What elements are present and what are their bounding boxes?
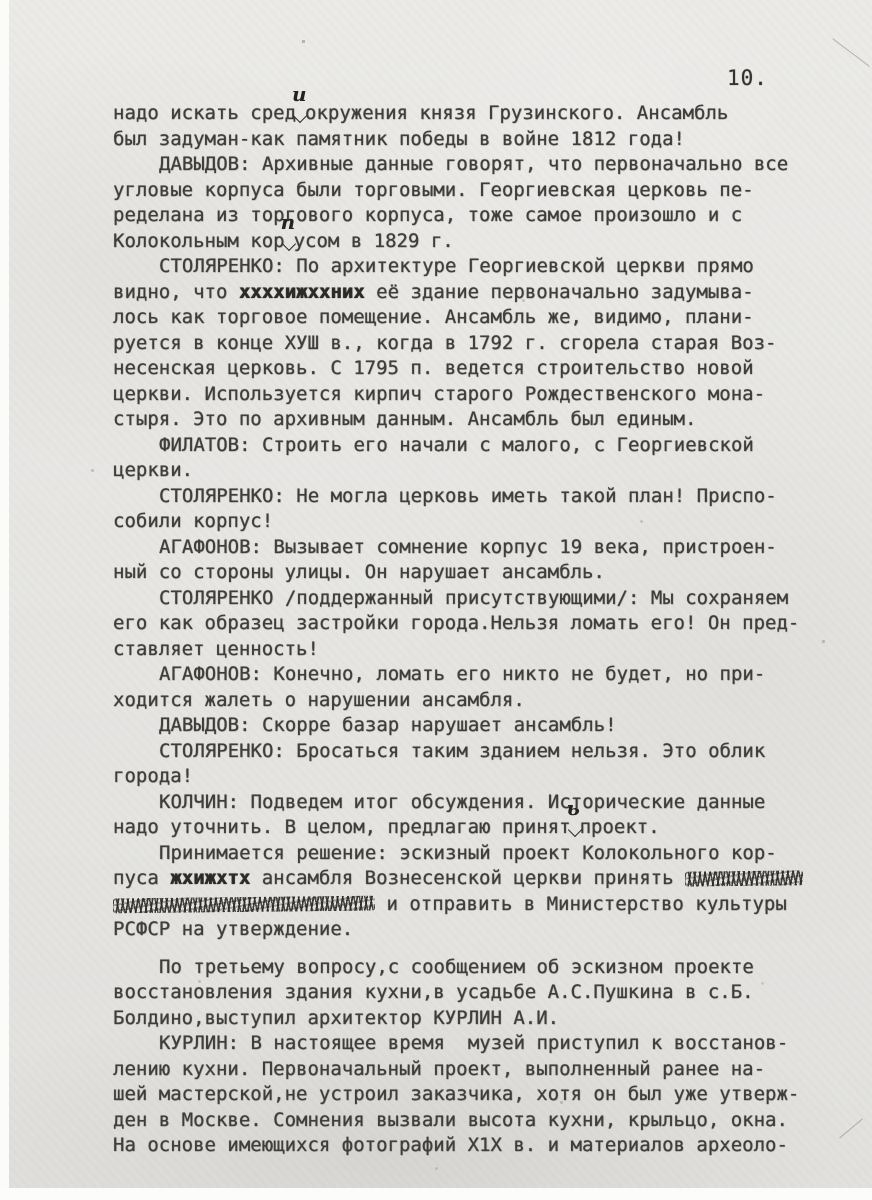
text-line: ДАВЫДОВ: Скорре базар нарушает ансамбль! (113, 713, 813, 739)
page-number: 10. (727, 66, 768, 90)
text-line: ден в Москве. Сомнения вызвали высота ку… (113, 1108, 813, 1134)
typed-text: КОЛЧИН: Подведем итог обсуждения. Истори… (159, 791, 765, 813)
text-line: надо искать средиокружения князя Грузинс… (113, 101, 813, 127)
typed-text: СТОЛЯРЕНКО: Не могла церковь иметь такой… (159, 485, 777, 507)
text-line: ДАВЫДОВ: Архивные данные говорят, что пе… (113, 152, 813, 178)
typed-text: несенская церковь. С 1795 п. ведется стр… (113, 357, 754, 379)
typed-text: КУРЛИН: В настоящее время музей приступи… (159, 1032, 788, 1054)
text-line: руется в конце ХУШ в., когда в 1792 г. с… (113, 331, 813, 357)
typed-text: ФИЛАТОВ: Строить его начали с малого, с … (159, 434, 754, 456)
typed-text: ДАВЫДОВ: Архивные данные говорят, что пе… (159, 153, 788, 175)
paper-crease-mark (832, 38, 869, 66)
ink-scribble-strikeout (113, 895, 375, 913)
typed-text: его как образец застройки города.Нельзя … (113, 612, 799, 634)
text-line: КОЛЧИН: Подведем итог обсуждения. Истори… (113, 790, 813, 816)
text-line: На основе имеющихся фотографий Х1Х в. и … (113, 1133, 813, 1159)
typed-text: видно, что (113, 281, 239, 303)
typed-text: города! (113, 765, 193, 787)
scan-edge-left (0, 0, 9, 1200)
typed-text: стыря. Это по архивным данным. Ансамбль … (113, 408, 696, 430)
typed-text: СТОЛЯРЕНКО /поддержанный присутствующими… (159, 587, 788, 609)
typed-text: ДАВЫДОВ: Скорре базар нарушает ансамбль! (159, 714, 617, 736)
text-line: несенская церковь. С 1795 п. ведется стр… (113, 356, 813, 382)
text-line: ный со стороны улицы. Он нарушает ансамб… (113, 560, 813, 586)
typewritten-text: надо искать средиокружения князя Грузинс… (113, 101, 813, 1159)
typed-text: По третьему вопросу,с сообщением об эски… (159, 956, 754, 978)
text-line: АГАФОНОВ: Вызывает сомнение корпус 19 ве… (113, 535, 813, 561)
typed-text: шей мастерской,не устроил заказчика, хот… (113, 1083, 799, 1105)
typed-text: был задуман-как памятник победы в войне … (113, 128, 685, 150)
text-line: ФИЛАТОВ: Строить его начали с малого, с … (113, 433, 813, 459)
typed-text: АГАФОНОВ: Вызывает сомнение корпус 19 ве… (159, 536, 777, 558)
text-line: РСФСР на утверждение. (113, 917, 813, 943)
text-line: города! (113, 764, 813, 790)
typed-text: церкви. (113, 459, 193, 481)
text-line: СТОЛЯРЕНКО: По архитектуре Георгиевской … (113, 254, 813, 280)
scanned-page: 10. надо искать средиокружения князя Гру… (0, 0, 872, 1200)
text-line: СТОЛЯРЕНКО /поддержанный присутствующими… (113, 586, 813, 612)
text-line: пуса жхижхтх ансамбля Вознесенской церкв… (113, 866, 813, 892)
typed-text: надо уточнить. В целом, предлагаю принят (113, 816, 571, 838)
typed-text: надо искать сред (113, 102, 296, 124)
typed-text: АГАФОНОВ: Конечно, ломать его никто не б… (159, 663, 765, 685)
typed-text: окружения князя Грузинского. Ансамбль (305, 102, 728, 124)
typed-text: её здание первоначально задумыва- (365, 281, 754, 303)
text-line: ходится жалеть о нарушении ансамбля. (113, 688, 813, 714)
typed-text: руется в конце ХУШ в., когда в 1792 г. с… (113, 332, 776, 354)
text-line: лению кухни. Первоначальный проект, выпо… (113, 1057, 813, 1083)
text-line: КУРЛИН: В настоящее время музей приступи… (113, 1031, 813, 1057)
typed-text: лось как торговое помещение. Ансамбль же… (113, 306, 754, 328)
typed-text: церкви. Используется кирпич старого Рожд… (113, 383, 765, 405)
text-line: По третьему вопросу,с сообщением об эски… (113, 955, 813, 981)
typed-text: лению кухни. Первоначальный проект, выпо… (113, 1058, 765, 1080)
typed-text: СТОЛЯРЕНКО: Бросаться таким зданием нель… (159, 740, 765, 762)
typed-text: ставляет ценность! (113, 638, 319, 660)
typed-text: РСФСР на утверждение. (113, 918, 353, 940)
typed-text: Колокольным кор (113, 230, 285, 252)
typed-text: собили корпус! (113, 510, 273, 532)
text-line: восстановления здания кухни,в усадьбе А.… (113, 980, 813, 1006)
typed-text: Болдино,выступил архитектор КУРЛИН А.И. (113, 1007, 559, 1029)
scan-edge-bottom (0, 1188, 872, 1200)
typed-text: СТОЛЯРЕНКО: По архитектуре Георгиевской … (159, 255, 754, 277)
text-line: собили корпус! (113, 509, 813, 535)
text-line: СТОЛЯРЕНКО: Не могла церковь иметь такой… (113, 484, 813, 510)
typed-text: усом в 1829 г. (294, 230, 454, 252)
handwritten-character: п (281, 212, 296, 232)
text-line: стыря. Это по архивным данным. Ансамбль … (113, 407, 813, 433)
typed-text: проект. (580, 816, 660, 838)
typed-text: и отправить в Министерство культуры (375, 893, 787, 915)
typed-text: ходится жалеть о нарушении ансамбля. (113, 689, 525, 711)
text-line: угловые корпуса были торговыми. Георгиев… (113, 178, 813, 204)
typed-text: пуса (113, 867, 170, 889)
text-line: шей мастерской,не устроил заказчика, хот… (113, 1082, 813, 1108)
text-line: церкви. Используется кирпич старого Рожд… (113, 382, 813, 408)
handwritten-character: и (292, 84, 307, 104)
text-line: лось как торговое помещение. Ансамбль же… (113, 305, 813, 331)
typed-text: восстановления здания кухни,в усадьбе А.… (113, 981, 754, 1003)
text-line: ставляет ценность! (113, 637, 813, 663)
typed-text: ный со стороны улицы. Он нарушает ансамб… (113, 561, 605, 583)
text-line: Принимается решение: эскизный проект Кол… (113, 841, 813, 867)
text-line: СТОЛЯРЕНКО: Бросаться таким зданием нель… (113, 739, 813, 765)
typed-overstrike-correction: жхижхтх (170, 867, 250, 889)
typed-text: угловые корпуса были торговыми. Георгиев… (113, 179, 754, 201)
typed-text: ределана из торгового корпуса, тоже само… (113, 204, 742, 226)
text-line: АГАФОНОВ: Конечно, ломать его никто не б… (113, 662, 813, 688)
text-line: его как образец застройки города.Нельзя … (113, 611, 813, 637)
typed-text: Принимается решение: эскизный проект Кол… (159, 842, 777, 864)
typed-overstrike-correction: ххххижххних (239, 281, 365, 303)
typed-text: На основе имеющихся фотографий Х1Х в. и … (113, 1134, 788, 1156)
ink-scribble-strikeout (685, 870, 803, 886)
text-line: Колокольным корпусом в 1829 г. (113, 229, 813, 255)
text-line: был задуман-как памятник победы в войне … (113, 127, 813, 153)
typed-text: ден в Москве. Сомнения вызвали высота ку… (113, 1109, 788, 1131)
handwritten-character: ь (567, 798, 580, 818)
text-line: и отправить в Министерство культуры (113, 892, 813, 918)
text-line: Болдино,выступил архитектор КУРЛИН А.И. (113, 1006, 813, 1032)
text-line: церкви. (113, 458, 813, 484)
paper-crease-mark (839, 1118, 863, 1138)
text-line: надо уточнить. В целом, предлагаю принят… (113, 815, 813, 841)
typed-text: ансамбля Вознесенской церкви принять (250, 867, 685, 889)
text-line: видно, что ххххижххних её здание первона… (113, 280, 813, 306)
text-line: ределана из торгового корпуса, тоже само… (113, 203, 813, 229)
